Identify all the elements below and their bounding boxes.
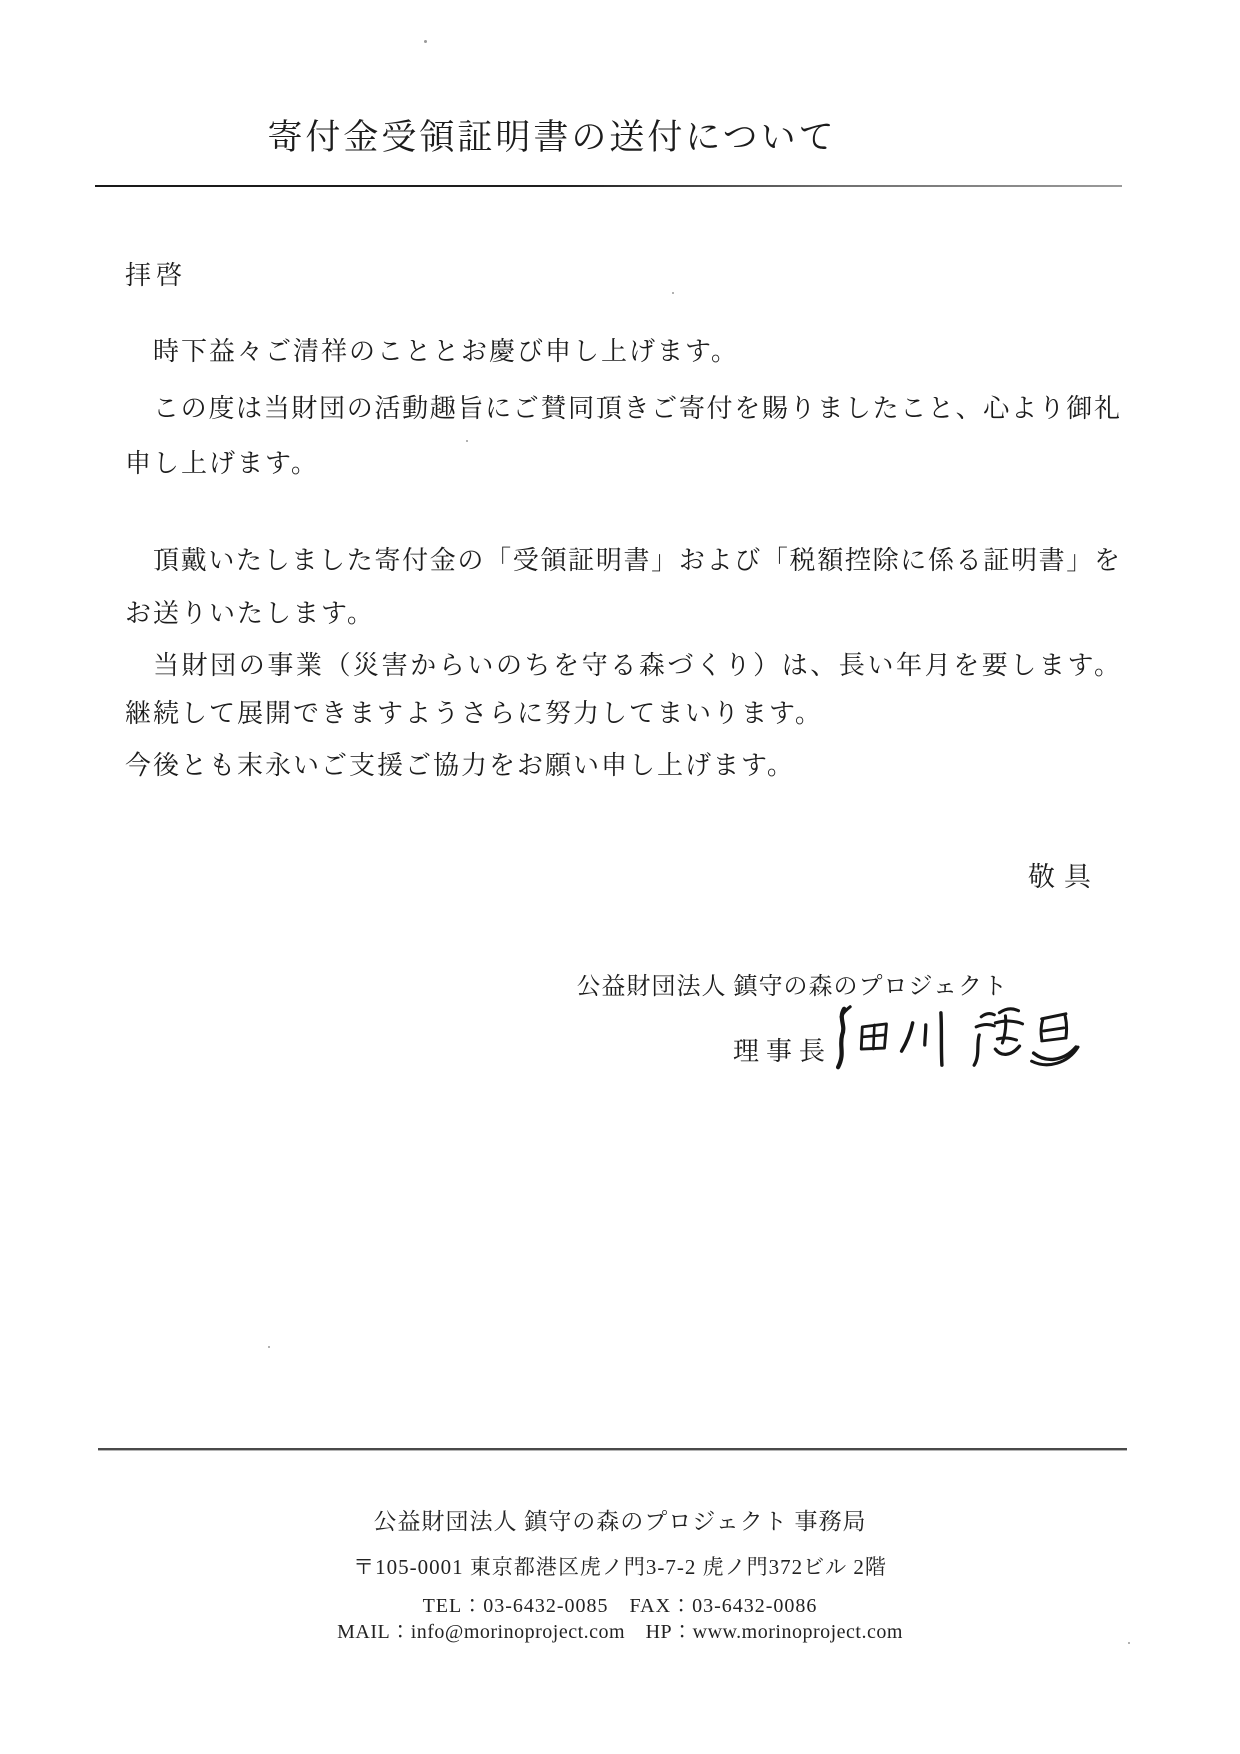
footer-divider [98,1448,1127,1450]
salutation: 拝啓 [125,260,187,291]
body-line: 申し上げます。 [125,448,319,479]
signature-organization: 公益財団法人 鎮守の森のプロジェクト [576,966,1008,1001]
letter-document: 寄付金受領証明書の送付について 拝啓 時下益々ご清祥のこととお慶び申し上げます。… [0,0,1240,1754]
scan-speck [466,440,468,442]
body-line: 継続して展開できますようさらに努力してまいります。 [125,698,823,729]
body-line: この度は当財団の活動趣旨にご賛同頂きご寄付を賜りましたこと、心より御礼 [153,393,1120,424]
scan-speck [672,292,674,294]
signer-title: 理事長 [733,1031,832,1068]
title-divider [95,185,1122,187]
closing-word: 敬具 [1028,855,1100,894]
body-line: 今後とも末永いご支援ご協力をお願い申し上げます。 [125,750,795,781]
footer-address: 〒105-0001 東京都港区虎ノ門3-7-2 虎ノ門372ビル 2階 [0,1551,1240,1581]
footer-tel-fax: TEL：03-6432-0085 FAX：03-6432-0086 [0,1589,1240,1618]
body-line: 頂戴いたしました寄付金の「受領証明書」および「税額控除に係る証明書」を [153,545,1120,576]
scan-speck [268,1346,270,1348]
scan-speck [1128,1642,1130,1644]
handwritten-signature-icon [828,1002,1080,1076]
body-line: 時下益々ご清祥のこととお慶び申し上げます。 [153,336,739,367]
body-line: 当財団の事業（災害からいのちを守る森づくり）は、長い年月を要します。 [153,650,1120,681]
scan-speck [424,40,427,43]
footer-office-name: 公益財団法人 鎮守の森のプロジェクト 事務局 [0,1503,1240,1536]
body-line: お送りいたします。 [125,598,375,629]
page-title: 寄付金受領証明書の送付について [0,110,1104,160]
footer-mail-hp: MAIL：info@morinoproject.com HP：www.morin… [0,1615,1240,1644]
